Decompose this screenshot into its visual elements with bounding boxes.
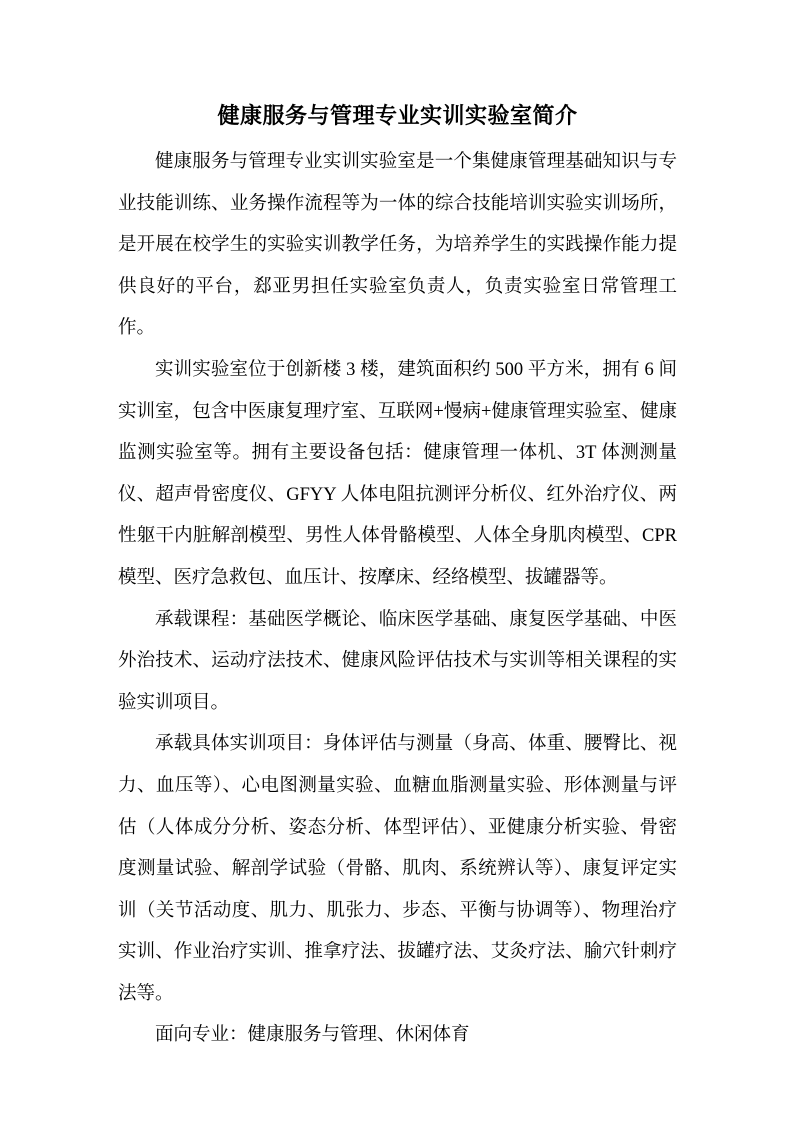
document-paragraph-courses: 承载课程：基础医学概论、临床医学基础、康复医学基础、中医外治技术、运动疗法技术、… — [118, 600, 677, 725]
document-paragraph-facilities: 实训实验室位于创新楼 3 楼，建筑面积约 500 平方米，拥有 6 间实训室，包… — [118, 350, 677, 600]
document-paragraph-target-majors: 面向专业：健康服务与管理、休闲体育 — [118, 1015, 677, 1057]
document-page: 健康服务与管理专业实训实验室简介 健康服务与管理专业实训实验室是一个集健康管理基… — [0, 0, 793, 1122]
document-paragraph-training-projects: 承载具体实训项目：身体评估与测量（身高、体重、腰臀比、视力、血压等）、心电图测量… — [118, 724, 677, 1015]
document-body: 健康服务与管理专业实训实验室是一个集健康管理基础知识与专业技能训练、业务操作流程… — [118, 142, 677, 1057]
document-paragraph-intro: 健康服务与管理专业实训实验室是一个集健康管理基础知识与专业技能训练、业务操作流程… — [118, 142, 677, 350]
document-title: 健康服务与管理专业实训实验室简介 — [118, 96, 677, 136]
